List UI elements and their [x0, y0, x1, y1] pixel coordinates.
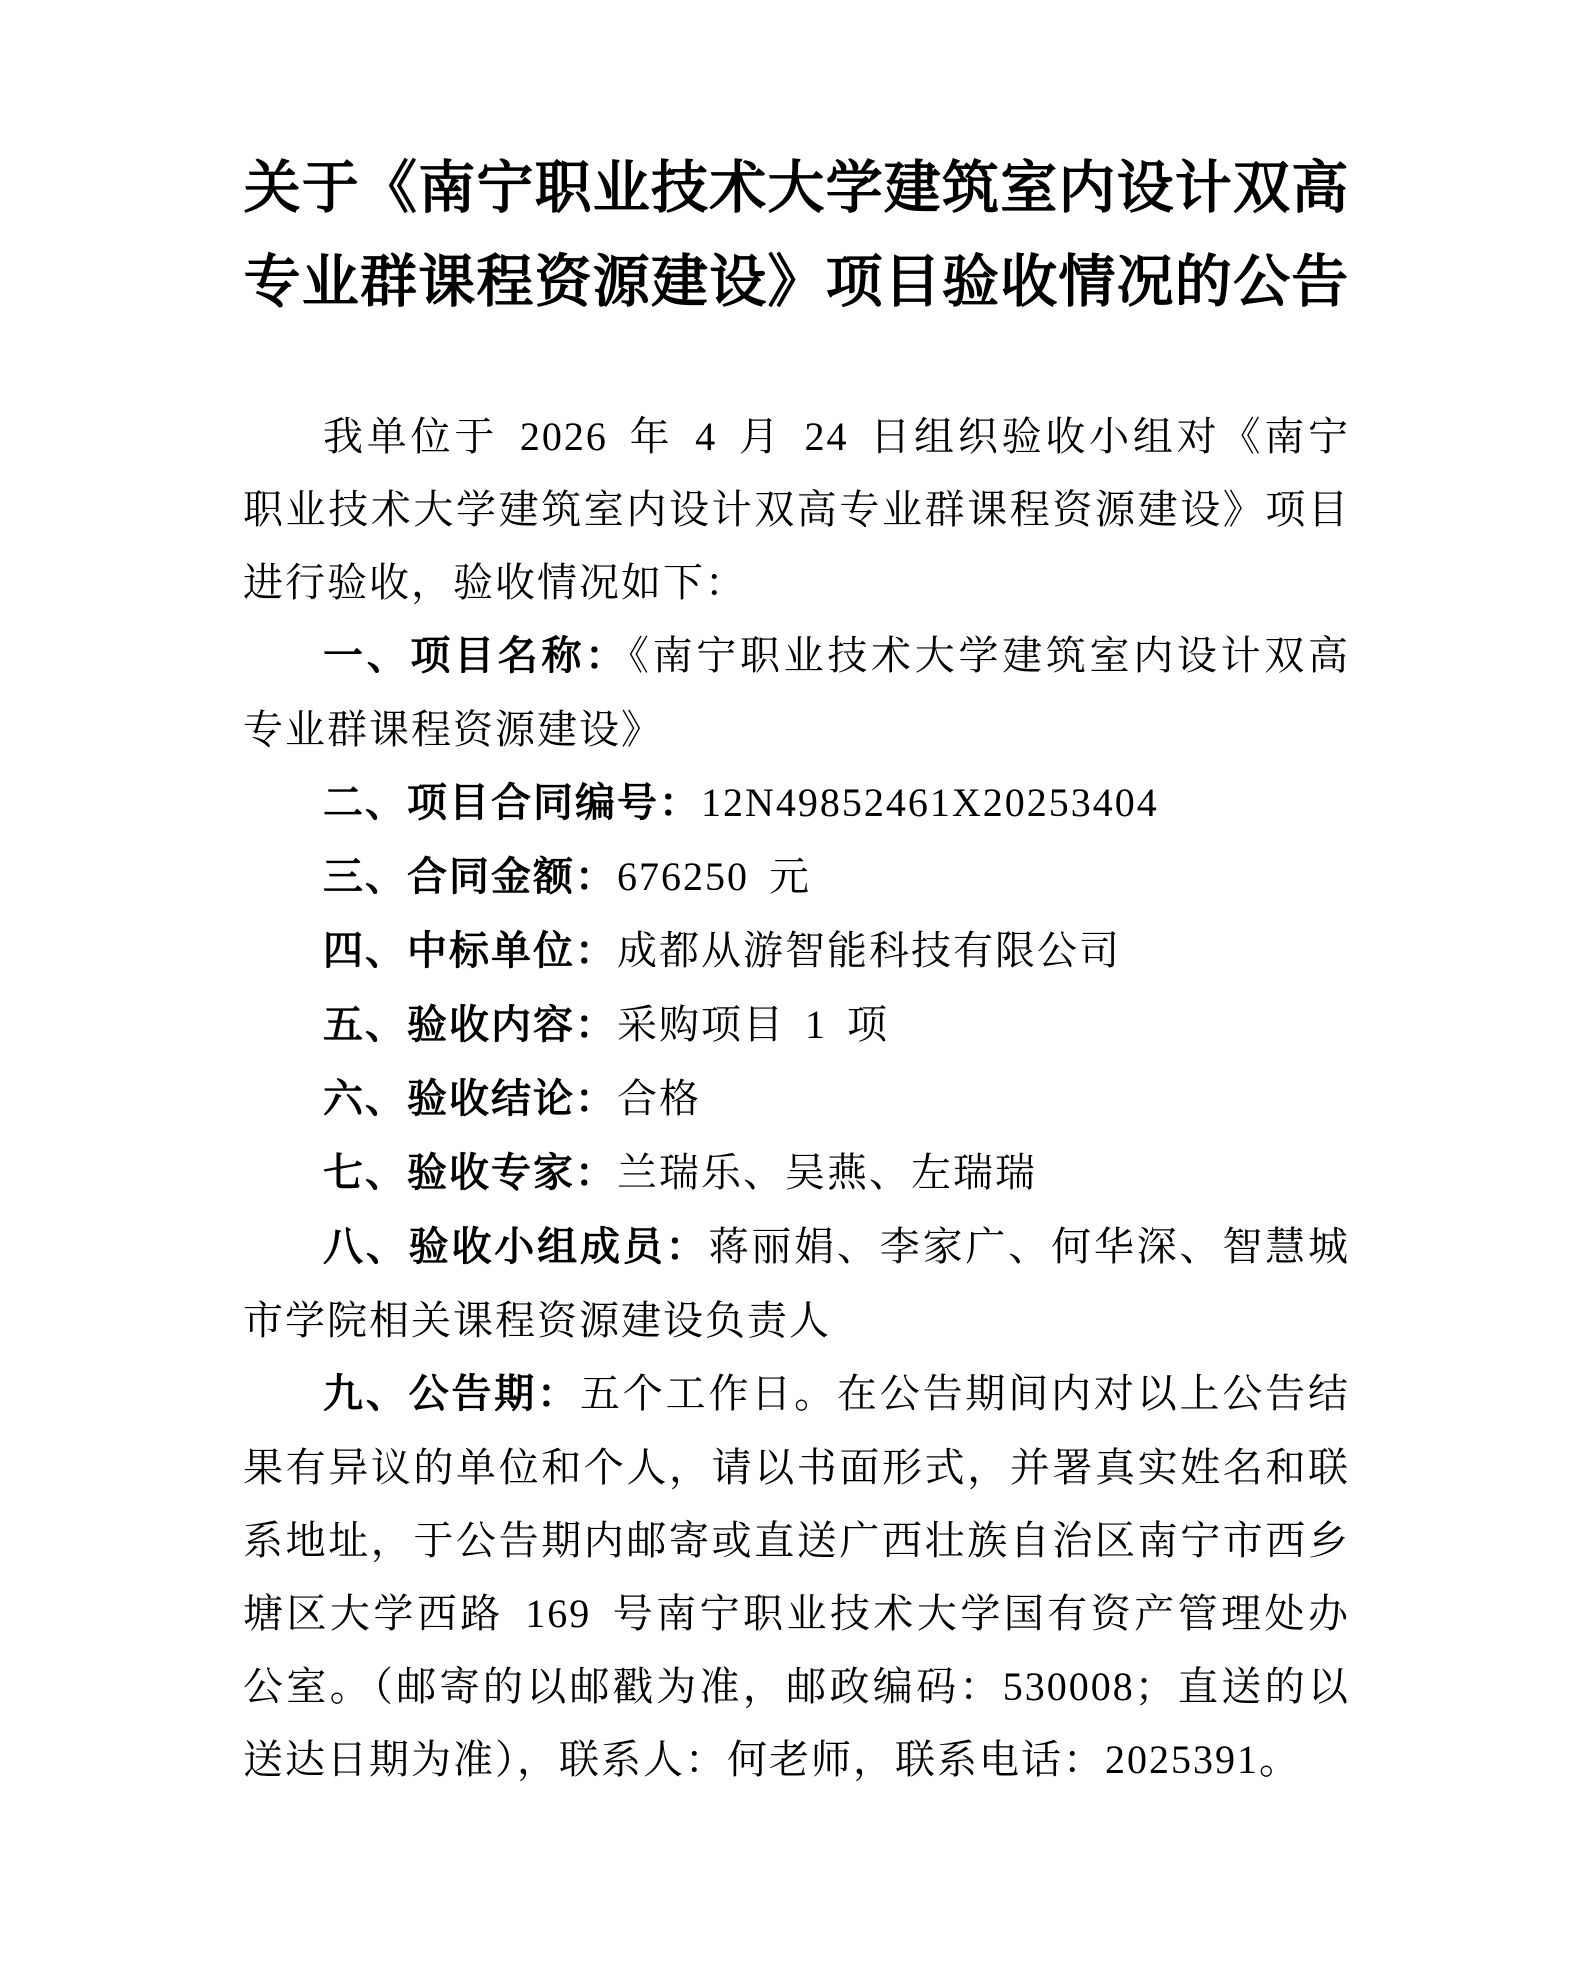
intro-paragraph: 我单位于 2026 年 4 月 24 日组织验收小组对《南宁职业技术大学建筑室内…: [243, 400, 1350, 619]
title-line-2: 专业群课程资源建设》项目验收情况的公告: [243, 236, 1350, 330]
item-winning-bidder-label: 四、中标单位：: [323, 929, 617, 973]
title-line-1: 关于《南宁职业技术大学建筑室内设计双高: [243, 142, 1350, 236]
item-acceptance-experts: 七、验收专家：兰瑞乐、吴燕、左瑞瑞: [243, 1136, 1350, 1210]
item-acceptance-team-label: 八、验收小组成员：: [323, 1225, 708, 1269]
item-contract-number-label: 二、项目合同编号：: [323, 781, 701, 825]
item-acceptance-conclusion: 六、验收结论：合格: [243, 1062, 1350, 1136]
item-announcement-period: 九、公告期：五个工作日。在公告期间内对以上公告结果有异议的单位和个人，请以书面形…: [243, 1357, 1350, 1796]
item-announcement-period-label: 九、公告期：: [323, 1372, 580, 1416]
item-announcement-period-value: 五个工作日。在公告期间内对以上公告结果有异议的单位和个人，请以书面形式，并署真实…: [243, 1371, 1350, 1782]
item-acceptance-team: 八、验收小组成员：蒋丽娟、李家广、何华深、智慧城市学院相关课程资源建设负责人: [243, 1210, 1350, 1357]
item-acceptance-conclusion-label: 六、验收结论：: [323, 1077, 617, 1121]
item-contract-amount-label: 三、合同金额：: [323, 855, 617, 899]
item-winning-bidder-value: 成都从游智能科技有限公司: [617, 928, 1121, 973]
document-title: 关于《南宁职业技术大学建筑室内设计双高专业群课程资源建设》项目验收情况的公告: [243, 142, 1350, 330]
item-contract-number-value: 12N49852461X20253404: [701, 780, 1159, 825]
item-project-name-label: 一、项目名称：: [323, 634, 629, 678]
item-acceptance-content-value: 采购项目 1 项: [617, 1002, 889, 1047]
item-acceptance-experts-value: 兰瑞乐、吴燕、左瑞瑞: [617, 1150, 1037, 1195]
document-page: 关于《南宁职业技术大学建筑室内设计双高专业群课程资源建设》项目验收情况的公告 我…: [0, 0, 1587, 1962]
item-contract-number: 二、项目合同编号：12N49852461X20253404: [243, 766, 1350, 840]
announcement-body: 关于《南宁职业技术大学建筑室内设计双高专业群课程资源建设》项目验收情况的公告 我…: [0, 0, 1587, 1796]
item-acceptance-content: 五、验收内容：采购项目 1 项: [243, 988, 1350, 1062]
item-acceptance-experts-label: 七、验收专家：: [323, 1151, 617, 1195]
item-acceptance-conclusion-value: 合格: [617, 1076, 701, 1121]
item-winning-bidder: 四、中标单位：成都从游智能科技有限公司: [243, 914, 1350, 988]
item-contract-amount: 三、合同金额：676250 元: [243, 840, 1350, 914]
item-contract-amount-value: 676250 元: [617, 854, 811, 899]
item-acceptance-content-label: 五、验收内容：: [323, 1003, 617, 1047]
item-project-name: 一、项目名称：《南宁职业技术大学建筑室内设计双高专业群课程资源建设》: [243, 619, 1350, 766]
